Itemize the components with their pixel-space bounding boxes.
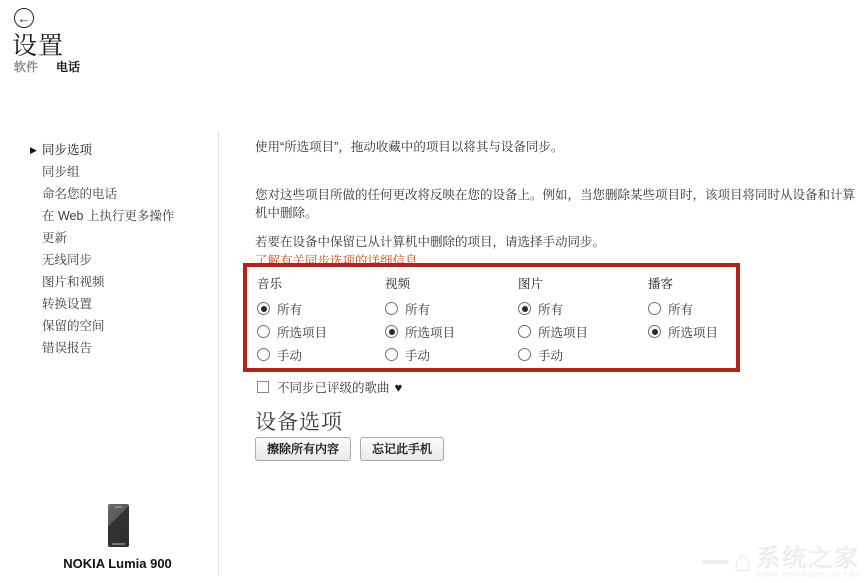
radio-option-music-manual[interactable]: 手动: [257, 343, 377, 366]
sync-group-podcast: 播客 所有 所选项目: [648, 273, 768, 343]
radio-option-video-all[interactable]: 所有: [385, 297, 505, 320]
radio-option-pictures-selected-items[interactable]: 所选项目: [518, 320, 638, 343]
sync-group-title: 音乐: [257, 273, 377, 295]
sync-group-title: 图片: [518, 273, 638, 295]
radio-icon[interactable]: [257, 302, 270, 315]
radio-option-music-all[interactable]: 所有: [257, 297, 377, 320]
radio-option-music-selected-items[interactable]: 所选项目: [257, 320, 377, 343]
sidebar-item-label: 图片和视频: [42, 275, 105, 289]
radio-icon[interactable]: [518, 325, 531, 338]
sidebar-item-label: 错误报告: [42, 341, 92, 355]
sync-intro-paragraph: 使用“所选项目”，拖动收藏中的项目以将其与设备同步。: [255, 138, 865, 156]
radio-icon[interactable]: [385, 325, 398, 338]
sidebar-item-label: 命名您的电话: [42, 187, 117, 201]
radio-icon[interactable]: [385, 302, 398, 315]
sidebar-item-do-more-on-web[interactable]: 在 Web 上执行更多操作: [30, 205, 210, 227]
radio-label: 所选项目: [538, 323, 588, 341]
phone-thumbnail-image: [108, 504, 129, 547]
back-button[interactable]: ←: [14, 8, 34, 28]
sidebar-item-label: 在 Web 上执行更多操作: [42, 209, 174, 223]
watermark-subtext: WWW.XITONGZHIJIA.NET: [756, 572, 861, 579]
tab-phone[interactable]: 电话: [56, 58, 80, 75]
radio-option-podcast-all[interactable]: 所有: [648, 297, 768, 320]
radio-label: 手动: [538, 346, 563, 364]
page-title: 设置: [12, 26, 64, 62]
device-options-buttons: 擦除所有内容 忘记此手机: [255, 437, 444, 461]
radio-label: 手动: [405, 346, 430, 364]
selected-arrow-icon: ▶: [30, 139, 37, 161]
radio-icon[interactable]: [257, 348, 270, 361]
radio-label: 所选项目: [668, 323, 718, 341]
radio-icon[interactable]: [518, 348, 531, 361]
radio-label: 所有: [277, 300, 302, 318]
erase-all-content-button[interactable]: 擦除所有内容: [255, 437, 351, 461]
manual-sync-paragraph: 若要在设备中保留已从计算机中删除的项目，请选择手动同步。: [255, 233, 865, 251]
header-tabs: 软件 电话: [14, 58, 80, 75]
device-options-heading: 设备选项: [255, 406, 343, 436]
tab-software[interactable]: 软件: [14, 58, 38, 75]
radio-icon[interactable]: [385, 348, 398, 361]
sidebar-item-conversion-settings[interactable]: 转换设置: [30, 293, 210, 315]
sidebar-item-label: 同步选项: [42, 143, 92, 157]
sidebar-item-sync-groups[interactable]: 同步组: [30, 161, 210, 183]
radio-label: 所有: [405, 300, 430, 318]
watermark-dash: [703, 560, 729, 564]
dont-sync-rated-songs-checkbox[interactable]: [257, 381, 269, 393]
radio-label: 所有: [538, 300, 563, 318]
radio-option-pictures-all[interactable]: 所有: [518, 297, 638, 320]
sidebar-item-update[interactable]: 更新: [30, 227, 210, 249]
dont-sync-rated-songs-row[interactable]: 不同步已评级的歌曲 ♥: [257, 378, 402, 396]
radio-option-video-manual[interactable]: 手动: [385, 343, 505, 366]
radio-label: 所选项目: [277, 323, 327, 341]
radio-label: 手动: [277, 346, 302, 364]
device-name-label: NOKIA Lumia 900: [30, 556, 205, 571]
sidebar-item-label: 无线同步: [42, 253, 92, 267]
sidebar-item-label: 转换设置: [42, 297, 92, 311]
radio-option-video-selected-items[interactable]: 所选项目: [385, 320, 505, 343]
radio-label: 所选项目: [405, 323, 455, 341]
watermark-text: 系统之家: [756, 546, 861, 572]
radio-icon[interactable]: [648, 325, 661, 338]
sync-changes-paragraph: 您对这些项目所做的任何更改将反映在您的设备上。例如，当您删除某些项目时，该项目将…: [255, 186, 865, 222]
sidebar-item-wireless-sync[interactable]: 无线同步: [30, 249, 210, 271]
sync-group-video: 视频 所有 所选项目 手动: [385, 273, 505, 366]
radio-icon[interactable]: [648, 302, 661, 315]
sync-group-music: 音乐 所有 所选项目 手动: [257, 273, 377, 366]
radio-icon[interactable]: [518, 302, 531, 315]
learn-more-link[interactable]: 了解有关同步选项的详细信息: [255, 251, 418, 269]
radio-icon[interactable]: [257, 325, 270, 338]
radio-option-pictures-manual[interactable]: 手动: [518, 343, 638, 366]
settings-window: ← 设置 软件 电话 ▶ 同步选项 同步组 命名您的电话 在 Web 上执行更多…: [0, 0, 867, 583]
sidebar-item-label: 保留的空间: [42, 319, 105, 333]
forget-this-phone-button[interactable]: 忘记此手机: [360, 437, 444, 461]
broken-heart-icon: ♥: [395, 381, 403, 394]
sidebar-item-label: 同步组: [42, 165, 80, 179]
sidebar-item-error-reporting[interactable]: 错误报告: [30, 337, 210, 359]
watermark-house-icon: ⌂: [733, 547, 751, 577]
sync-group-title: 视频: [385, 273, 505, 295]
sidebar-divider: [218, 132, 219, 576]
sidebar-item-label: 更新: [42, 231, 67, 245]
sidebar-item-pictures-videos[interactable]: 图片和视频: [30, 271, 210, 293]
sync-group-title: 播客: [648, 273, 768, 295]
dont-sync-rated-songs-label: 不同步已评级的歌曲: [277, 378, 390, 396]
settings-sidebar: ▶ 同步选项 同步组 命名您的电话 在 Web 上执行更多操作 更新 无线同步 …: [30, 139, 210, 359]
site-watermark: ⌂ 系统之家 WWW.XITONGZHIJIA.NET: [703, 546, 861, 579]
sidebar-item-name-your-phone[interactable]: 命名您的电话: [30, 183, 210, 205]
back-arrow-icon: ←: [18, 12, 31, 25]
radio-option-podcast-selected-items[interactable]: 所选项目: [648, 320, 768, 343]
sidebar-item-reserved-space[interactable]: 保留的空间: [30, 315, 210, 337]
radio-label: 所有: [668, 300, 693, 318]
sidebar-item-sync-options[interactable]: ▶ 同步选项: [30, 139, 210, 161]
sync-group-pictures: 图片 所有 所选项目 手动: [518, 273, 638, 366]
